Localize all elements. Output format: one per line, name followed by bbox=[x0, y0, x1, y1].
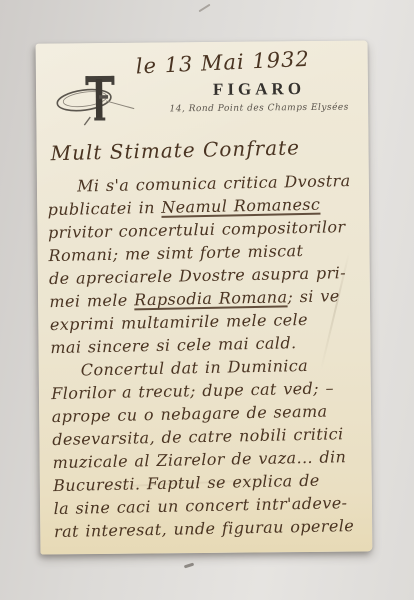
underlined-phrase: Rapsodia Romana bbox=[134, 287, 288, 309]
handwritten-date: le 13 Mai 1932 bbox=[135, 45, 356, 79]
letter-text-segment: mai sincere si cele mai cald. bbox=[50, 333, 296, 357]
letter-text-segment: rat interesat, unde figurau operele bbox=[54, 516, 354, 541]
letterhead-address: 14, Rond Point des Champs Elysées bbox=[154, 102, 364, 114]
surface-scratch bbox=[198, 4, 210, 13]
letter-body: Mi s'a comunica critica Dvostrapublicate… bbox=[47, 169, 366, 543]
photo-of-letter: le 13 Mai 1932 FIGARO 14, Rond Point des… bbox=[0, 0, 414, 600]
letterhead: FIGARO 14, Rond Point des Champs Elysées bbox=[154, 78, 364, 114]
underlined-phrase: Neamul Romanesc bbox=[161, 195, 320, 217]
surface-scratch bbox=[184, 563, 194, 569]
letterhead-brand: FIGARO bbox=[154, 78, 364, 100]
letter-text-segment: publicatei in bbox=[47, 198, 161, 219]
letter-paper: le 13 Mai 1932 FIGARO 14, Rond Point des… bbox=[36, 40, 373, 554]
figaro-monogram-logo bbox=[54, 67, 139, 132]
letter-text-segment: mei mele bbox=[49, 290, 134, 311]
letter-text-segment: Romani; me simt forte miscat bbox=[48, 241, 303, 265]
letter-salutation: Mult Stimate Confrate bbox=[50, 135, 300, 165]
letter-line: rat interesat, unde figurau operele bbox=[54, 514, 366, 543]
letter-text-segment: ; si ve bbox=[287, 286, 340, 306]
letter-text-segment: Concertul dat in Duminica bbox=[81, 356, 309, 380]
letter-text-segment: exprimi multamirile mele cele bbox=[50, 310, 308, 334]
letter-text-segment: Bucuresti. Faptul se explica de bbox=[53, 471, 320, 495]
